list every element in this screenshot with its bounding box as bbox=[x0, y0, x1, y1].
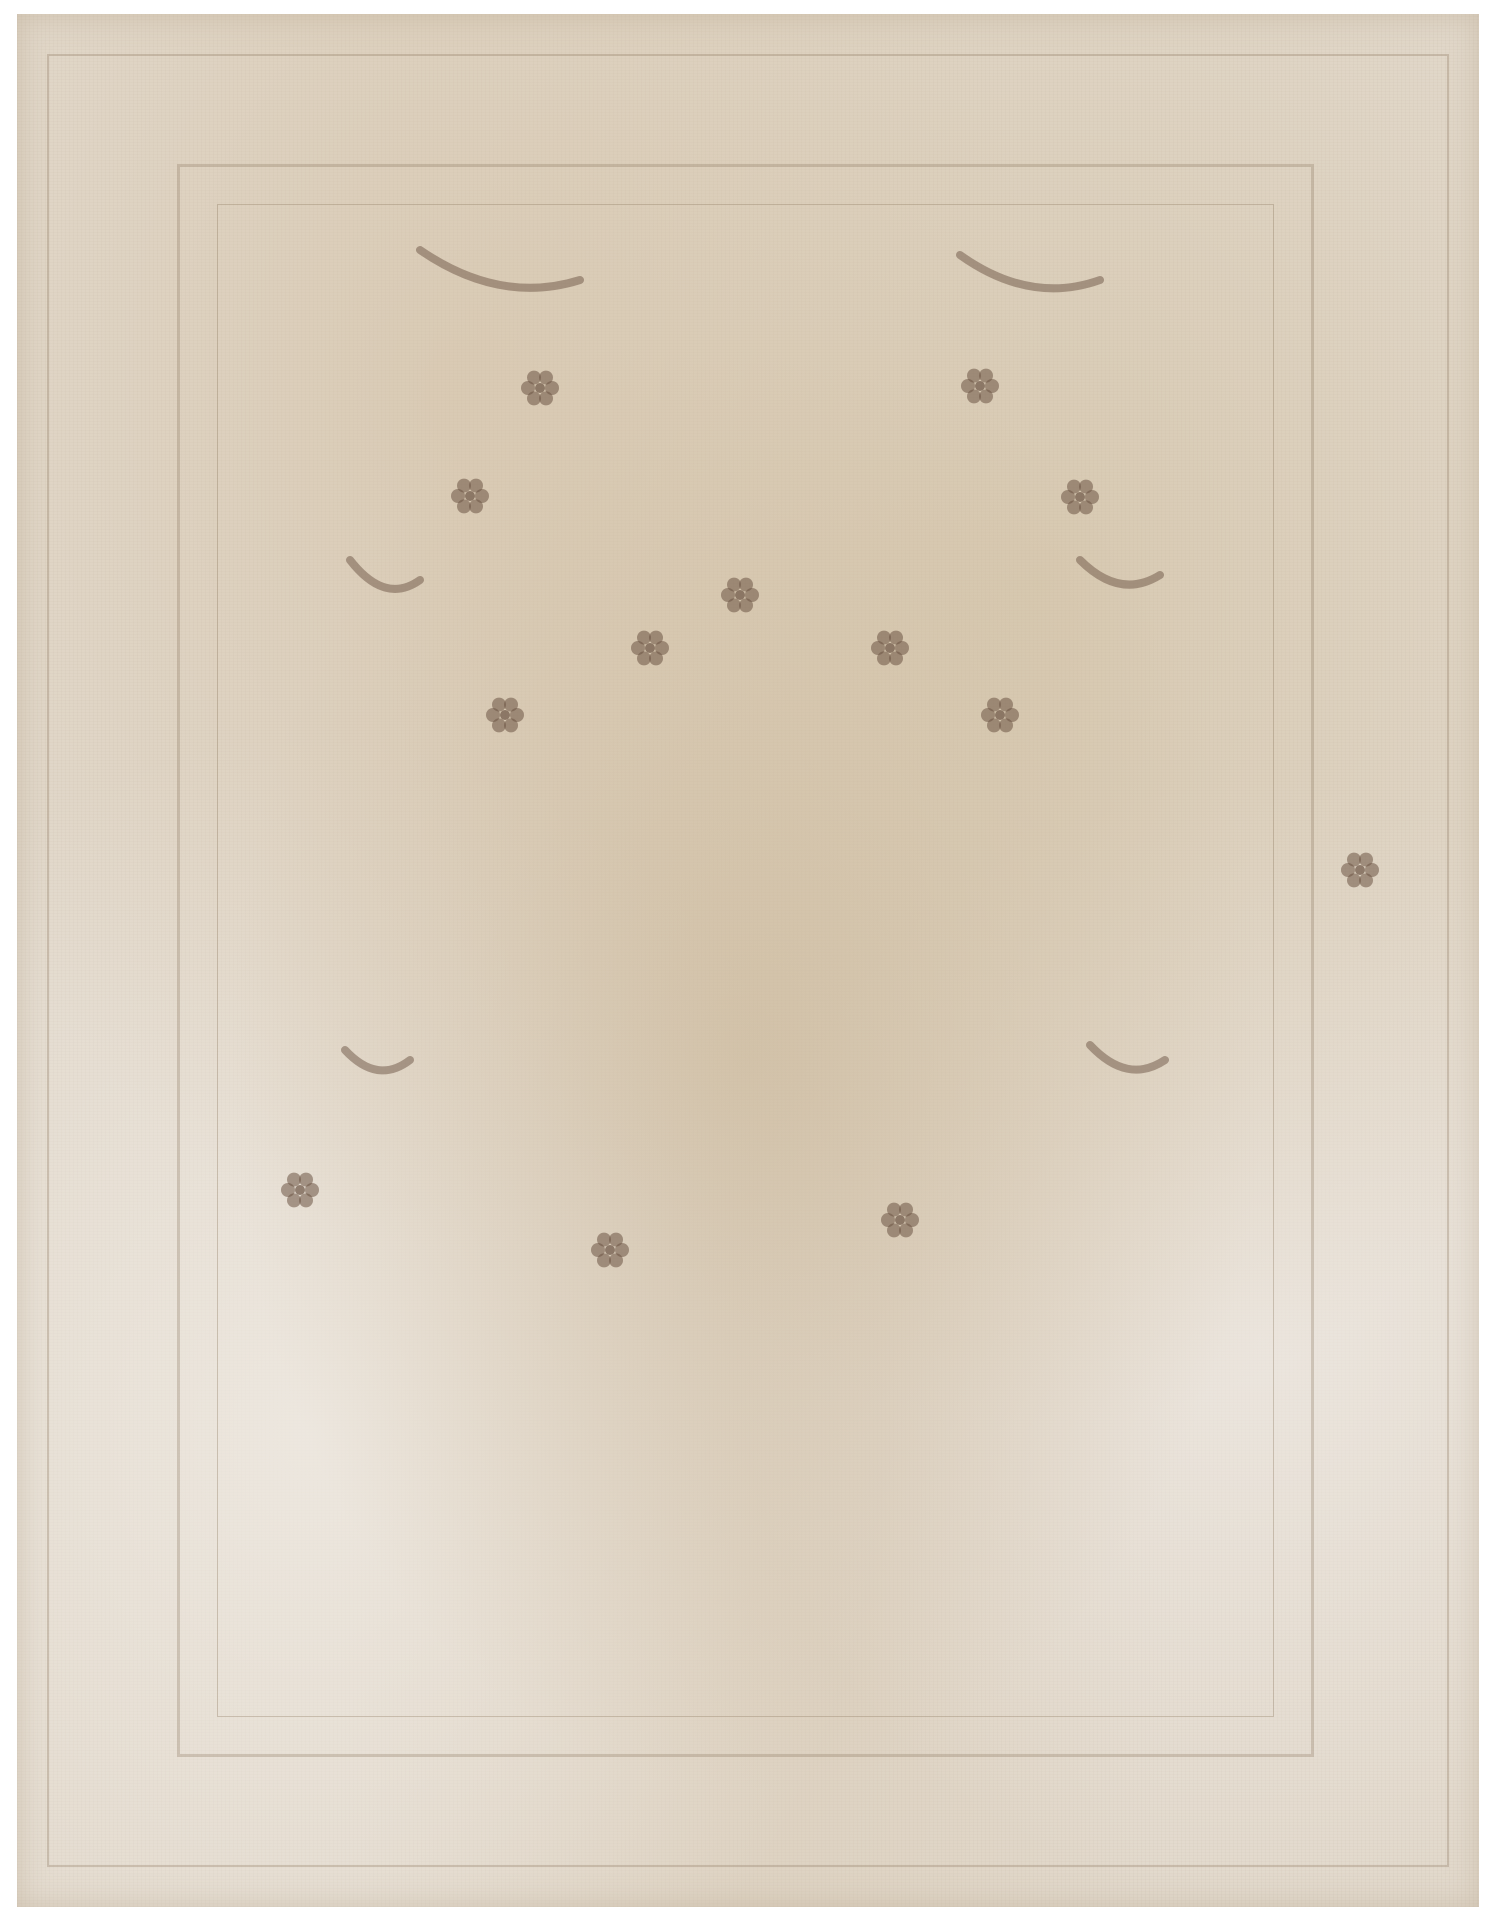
rosette-motif bbox=[1061, 480, 1099, 515]
rosette-motif bbox=[981, 698, 1019, 733]
rosette-motif bbox=[961, 369, 999, 404]
arch-motif bbox=[350, 560, 420, 589]
rosette-motif bbox=[591, 1233, 629, 1268]
arch-motif bbox=[345, 1050, 410, 1070]
arch-motif bbox=[420, 250, 580, 288]
rug-motifs bbox=[0, 0, 1495, 1923]
arch-motif bbox=[1080, 560, 1160, 585]
rosette-motif bbox=[451, 479, 489, 514]
rosette-motif bbox=[881, 1203, 919, 1238]
arch-motif bbox=[960, 255, 1100, 288]
rosette-motif bbox=[281, 1173, 319, 1208]
rosette-motif bbox=[721, 578, 759, 613]
rosette-motif bbox=[1341, 853, 1379, 888]
rosette-motif bbox=[521, 371, 559, 406]
rosette-motif bbox=[486, 698, 524, 733]
rosette-motif bbox=[631, 631, 669, 666]
arch-motif bbox=[1090, 1045, 1165, 1070]
rosette-motif bbox=[871, 631, 909, 666]
